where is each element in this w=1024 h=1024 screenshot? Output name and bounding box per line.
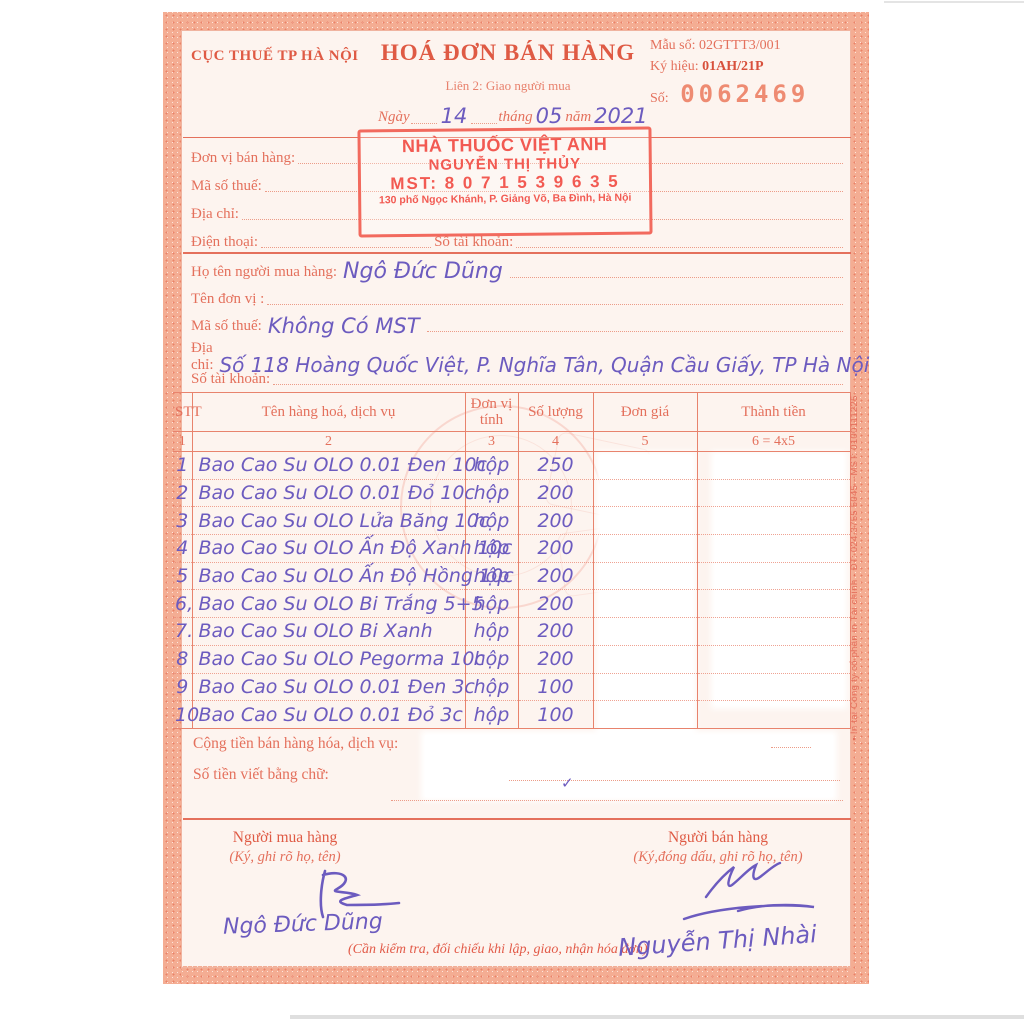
- amount-in-words-label: Số tiền viết bằng chữ:: [193, 766, 329, 784]
- col-header-name: Tên hàng hoá, dịch vụ: [192, 393, 465, 432]
- day-label: Ngày: [378, 109, 410, 126]
- item-stt: 2: [175, 482, 190, 504]
- item-qty: 100: [521, 676, 591, 698]
- item-qty: 200: [521, 482, 591, 504]
- item-qty: 200: [521, 620, 591, 642]
- item-price-empty: [593, 645, 697, 673]
- col-header-price: Đơn giá: [593, 393, 697, 432]
- amount-in-words-dots: [391, 800, 843, 801]
- scan-artifact-line: [884, 1, 1024, 3]
- item-stt: 9: [175, 676, 190, 698]
- invoice-meta: Mẫu số: 02GTTT3/001 Ký hiệu: 01AH/21P Số…: [650, 38, 850, 113]
- item-unit: hộp: [468, 676, 516, 698]
- scan-artifact-line: [290, 1015, 1024, 1019]
- item-stt: 7.: [175, 620, 190, 642]
- printer-credit-vertical: ▪ In tại Công ty cổ phần in Tài chính - …: [849, 212, 863, 924]
- item-amount-empty: [697, 590, 850, 618]
- item-qty: 100: [521, 704, 591, 726]
- item-name: Bao Cao Su OLO Ấn Độ Xanh 10c: [195, 537, 463, 559]
- table-row: 1 Bao Cao Su OLO 0.01 Đen 10c hộp 250: [173, 452, 850, 480]
- handwritten-buyer-tax: Không Có MST: [268, 314, 420, 338]
- border-ornament-top: [163, 12, 869, 30]
- invoice-sheet: CỤC THUẾ TP HÀ NỘI HOÁ ĐƠN BÁN HÀNG Liên…: [163, 12, 869, 984]
- table-row: 9 Bao Cao Su OLO 0.01 Đen 3c hộp 100: [173, 673, 850, 701]
- divider: [183, 818, 851, 820]
- item-name: Bao Cao Su OLO 0.01 Đỏ 3c: [195, 704, 463, 726]
- item-price-empty: [593, 479, 697, 507]
- symbol-label: Ký hiệu:: [650, 59, 699, 74]
- item-name: Bao Cao Su OLO 0.01 Đen 10c: [195, 454, 463, 476]
- form-label: Mẫu số:: [650, 38, 696, 53]
- symbol-value: 01AH/21P: [702, 59, 763, 74]
- item-name: Bao Cao Su OLO Pegorma 10c: [195, 648, 463, 670]
- seller-address-label: Địa chỉ:: [191, 206, 239, 223]
- buyer-unit-row: Tên đơn vị :: [191, 288, 846, 308]
- item-stt: 3: [175, 510, 190, 532]
- table-row: 7. Bao Cao Su OLO Bi Xanh hộp 200: [173, 618, 850, 646]
- item-price-empty: [593, 618, 697, 646]
- invoice-number: 0062469: [680, 80, 809, 108]
- handwritten-year: 2021: [594, 104, 647, 128]
- item-amount-empty: [697, 618, 850, 646]
- buyer-account-row: Số tài khoản:: [191, 368, 846, 388]
- item-price-empty: [593, 701, 697, 729]
- total-dots: [771, 747, 811, 748]
- item-price-empty: [593, 535, 697, 563]
- month-label: tháng: [498, 109, 532, 126]
- item-name: Bao Cao Su OLO Lửa Băng 10c: [195, 510, 463, 532]
- item-qty: 200: [521, 565, 591, 587]
- seller-unit-label: Đơn vị bán hàng:: [191, 150, 295, 167]
- col-index: 6 = 4x5: [697, 432, 850, 452]
- tax-office-name: CỤC THUẾ TP HÀ NỘI: [191, 48, 359, 65]
- item-unit: hộp: [468, 537, 516, 559]
- item-qty: 200: [521, 648, 591, 670]
- table-row: 4 Bao Cao Su OLO Ấn Độ Xanh 10c hộp 200: [173, 535, 850, 563]
- item-stt: 6,: [175, 593, 190, 615]
- col-index: 3: [465, 432, 518, 452]
- item-qty: 200: [521, 593, 591, 615]
- col-header-stt: STT: [173, 393, 192, 432]
- handwritten-buyer-name: Ngô Đức Dũng: [343, 259, 503, 284]
- col-index: 1: [173, 432, 192, 452]
- buyer-name-label: Họ tên người mua hàng:: [191, 264, 337, 281]
- buyer-unit-label: Tên đơn vị :: [191, 291, 264, 308]
- date-line: Ngày 14 tháng 05 năm 2021: [378, 104, 668, 126]
- item-unit: hộp: [468, 565, 516, 587]
- buyer-name-row: Họ tên người mua hàng: Ngô Đức Dũng: [191, 259, 846, 281]
- col-header-qty: Số lượng: [518, 393, 593, 432]
- item-name: Bao Cao Su OLO Bi Xanh: [195, 620, 463, 642]
- number-label: Số:: [650, 91, 669, 106]
- items-table: STT Tên hàng hoá, dịch vụ Đơn vị tính Số…: [173, 392, 851, 729]
- items-body: 1 Bao Cao Su OLO 0.01 Đen 10c hộp 250 2 …: [173, 452, 850, 729]
- buyer-account-label: Số tài khoản:: [191, 371, 270, 388]
- item-stt: 10: [175, 704, 190, 726]
- seller-stamp: NHÀ THUỐC VIỆT ANH NGUYỄN THỊ THỦY MST: …: [357, 126, 652, 237]
- item-name: Bao Cao Su OLO 0.01 Đỏ 10c: [195, 482, 463, 504]
- col-header-amount: Thành tiền: [697, 393, 850, 432]
- ink-mark: ✓: [561, 774, 574, 792]
- seller-phone-label: Điện thoại:: [191, 234, 258, 251]
- item-amount-empty: [697, 452, 850, 480]
- item-name: Bao Cao Su OLO Bi Trắng 5+5: [195, 593, 463, 615]
- year-label: năm: [565, 109, 591, 126]
- item-qty: 250: [521, 454, 591, 476]
- item-amount-empty: [697, 562, 850, 590]
- amount-in-words-row: Số tiền viết bằng chữ:: [193, 764, 843, 784]
- copy-line: Liên 2: Giao người mua: [343, 78, 673, 94]
- item-stt: 5: [175, 565, 190, 587]
- seller-tax-label: Mã số thuế:: [191, 178, 262, 195]
- item-amount-empty: [697, 535, 850, 563]
- item-qty: 200: [521, 537, 591, 559]
- item-amount-empty: [697, 701, 850, 729]
- item-qty: 200: [521, 510, 591, 532]
- buyer-signature-sub: (Ký, ghi rõ họ, tên): [165, 849, 405, 866]
- item-amount-empty: [697, 673, 850, 701]
- invoice-title: HOÁ ĐƠN BÁN HÀNG: [343, 40, 673, 66]
- stamp-business-name: NHÀ THUỐC VIỆT ANH: [361, 133, 649, 157]
- table-row: 10 Bao Cao Su OLO 0.01 Đỏ 3c hộp 100: [173, 701, 850, 729]
- item-price-empty: [593, 673, 697, 701]
- stamp-address: 130 phố Ngọc Khánh, P. Giảng Võ, Ba Đình…: [361, 191, 649, 206]
- table-row: 2 Bao Cao Su OLO 0.01 Đỏ 10c hộp 200: [173, 479, 850, 507]
- border-ornament-bottom: [163, 966, 869, 984]
- item-unit: hộp: [468, 593, 516, 615]
- item-unit: hộp: [468, 704, 516, 726]
- col-index: 4: [518, 432, 593, 452]
- table-row: 8 Bao Cao Su OLO Pegorma 10c hộp 200: [173, 645, 850, 673]
- item-price-empty: [593, 452, 697, 480]
- form-number: 02GTTT3/001: [699, 38, 781, 53]
- item-stt: 1: [175, 454, 190, 476]
- scanned-invoice-photo: CỤC THUẾ TP HÀ NỘI HOÁ ĐƠN BÁN HÀNG Liên…: [0, 0, 1024, 1024]
- item-amount-empty: [697, 645, 850, 673]
- item-name: Bao Cao Su OLO 0.01 Đen 3c: [195, 676, 463, 698]
- item-price-empty: [593, 590, 697, 618]
- item-unit: hộp: [468, 648, 516, 670]
- seller-signature-title: Người bán hàng: [618, 829, 818, 847]
- total-label: Cộng tiền bán hàng hóa, dịch vụ:: [193, 735, 398, 753]
- col-index: 2: [192, 432, 465, 452]
- item-amount-empty: [697, 479, 850, 507]
- seller-signed-name: Nguyễn Thị Nhài: [617, 920, 817, 962]
- divider-thick: [183, 252, 851, 254]
- item-amount-empty: [697, 507, 850, 535]
- verification-note: (Cần kiểm tra, đối chiếu khi lập, giao, …: [348, 942, 648, 958]
- buyer-tax-label: Mã số thuế:: [191, 318, 262, 335]
- item-unit: hộp: [468, 620, 516, 642]
- table-row: 6, Bao Cao Su OLO Bi Trắng 5+5 hộp 200: [173, 590, 850, 618]
- table-row: 5 Bao Cao Su OLO Ấn Độ Hồng 10c hộp 200: [173, 562, 850, 590]
- item-price-empty: [593, 507, 697, 535]
- item-unit: hộp: [468, 454, 516, 476]
- item-stt: 8: [175, 648, 190, 670]
- item-stt: 4: [175, 537, 190, 559]
- item-price-empty: [593, 562, 697, 590]
- buyer-tax-row: Mã số thuế: Không Có MST: [191, 314, 846, 335]
- col-header-unit: Đơn vị tính: [465, 393, 518, 432]
- item-name: Bao Cao Su OLO Ấn Độ Hồng 10c: [195, 565, 463, 587]
- buyer-signature-title: Người mua hàng: [185, 829, 385, 847]
- col-index: 5: [593, 432, 697, 452]
- handwritten-day: 14: [441, 104, 468, 128]
- handwritten-month: 05: [536, 104, 563, 128]
- item-unit: hộp: [468, 510, 516, 532]
- buyer-signed-name: Ngô Đức Dũng: [223, 909, 384, 940]
- table-row: 3 Bao Cao Su OLO Lửa Băng 10c hộp 200: [173, 507, 850, 535]
- item-unit: hộp: [468, 482, 516, 504]
